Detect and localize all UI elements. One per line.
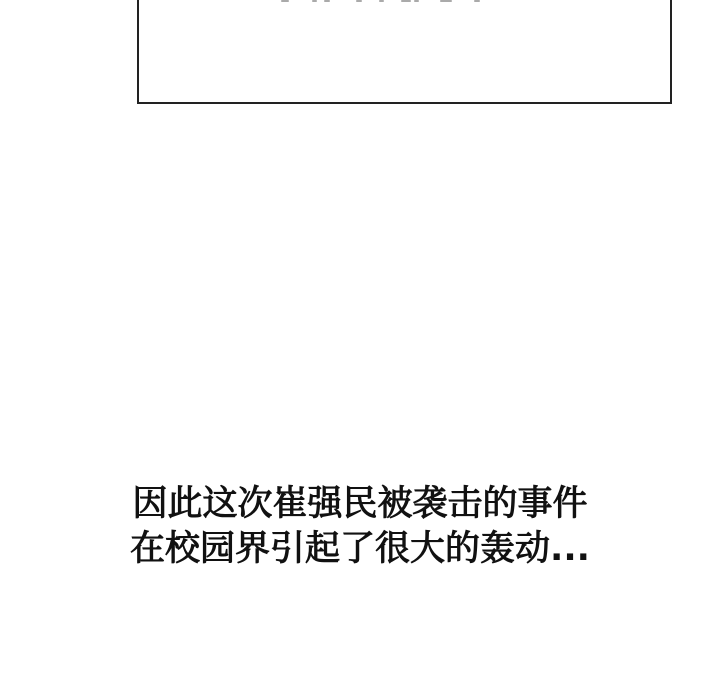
- narration-text: 因此这次崔强民被袭击的事件 在校园界引起了很大的轰动...: [0, 482, 720, 572]
- clipped-text-fragment: [281, 0, 289, 2]
- clipped-text-fragment: [312, 0, 317, 2]
- narration-line-2: 在校园界引起了很大的轰动...: [0, 527, 720, 572]
- comic-panel: 因此这次崔强民被袭击的事件 在校园界引起了很大的轰动...: [0, 0, 720, 700]
- clipped-text-fragment: [401, 0, 411, 2]
- clipped-text-fragment: [474, 0, 480, 2]
- clipped-text-fragment: [379, 0, 384, 2]
- clipped-text-fragment: [440, 0, 452, 2]
- clipped-text-fragment: [356, 0, 362, 2]
- clipped-text-fragment: [324, 0, 330, 2]
- caption-box: [137, 0, 672, 104]
- clipped-text-fragment: [414, 0, 419, 2]
- narration-line-1: 因此这次崔强民被袭击的事件: [0, 482, 720, 527]
